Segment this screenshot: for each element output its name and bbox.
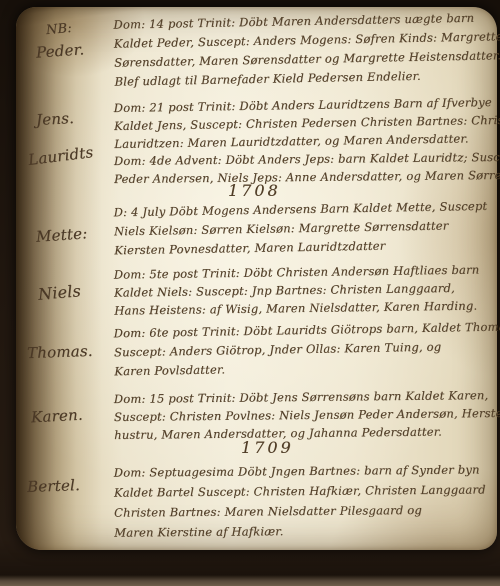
scanned-book-photo: NB: Peder. Jens. Lauridts Mette: Niels T…	[0, 0, 500, 586]
register-entry-lauridts: Dom: 4de Advent: Döbt Anders Jeps: barn …	[114, 148, 497, 188]
margin-note-nb: NB:	[45, 21, 72, 38]
register-entry-mette: D: 4 July Döbt Mogens Andersens Barn Kal…	[114, 197, 498, 261]
margin-name-lauridts: Lauridts	[27, 143, 94, 169]
entry-line: Peder Andersen, Niels Jeps: Anne Andersd…	[114, 166, 497, 188]
register-entry-bertel: Dom: Septuagesima Döbt Jngen Bartnes: ba…	[114, 459, 498, 542]
entry-line: hustru, Maren Andersdatter, og Jahanna P…	[114, 422, 497, 444]
margin-name-karen: Karen.	[31, 406, 84, 427]
entry-line: Maren Kierstine af Hafkiær.	[114, 519, 497, 542]
page-content: NB: Peder. Jens. Lauridts Mette: Niels T…	[0, 0, 500, 586]
margin-name-niels: Niels	[37, 281, 81, 304]
margin-name-peder: Peder.	[35, 40, 84, 61]
register-entry-karen: Dom: 15 post Trinit: Döbt Jens Sørrensøn…	[114, 386, 498, 444]
register-entry-niels: Dom: 5te post Trinit: Döbt Christen Ande…	[114, 260, 498, 319]
year-heading-1709: 1709	[241, 438, 294, 457]
margin-name-mette: Mette:	[35, 224, 88, 246]
register-entry-thomas: Dom: 6te post Trinit: Döbt Lauridts Giöt…	[114, 318, 498, 382]
margin-name-bertel: Bertel.	[27, 476, 81, 496]
margin-name-jens: Jens.	[36, 109, 75, 129]
margin-name-thomas: Thomas.	[27, 342, 93, 362]
register-entry-jens: Dom: 21 post Trinit: Döbt Anders Lauridt…	[114, 93, 498, 153]
year-heading-1708: 1708	[228, 181, 281, 200]
register-entry-peder: Dom: 14 post Trinit: Döbt Maren Andersda…	[113, 8, 497, 91]
entry-line: Kaldet Bartel Suscept: Christen Hafkiær,…	[114, 479, 497, 502]
